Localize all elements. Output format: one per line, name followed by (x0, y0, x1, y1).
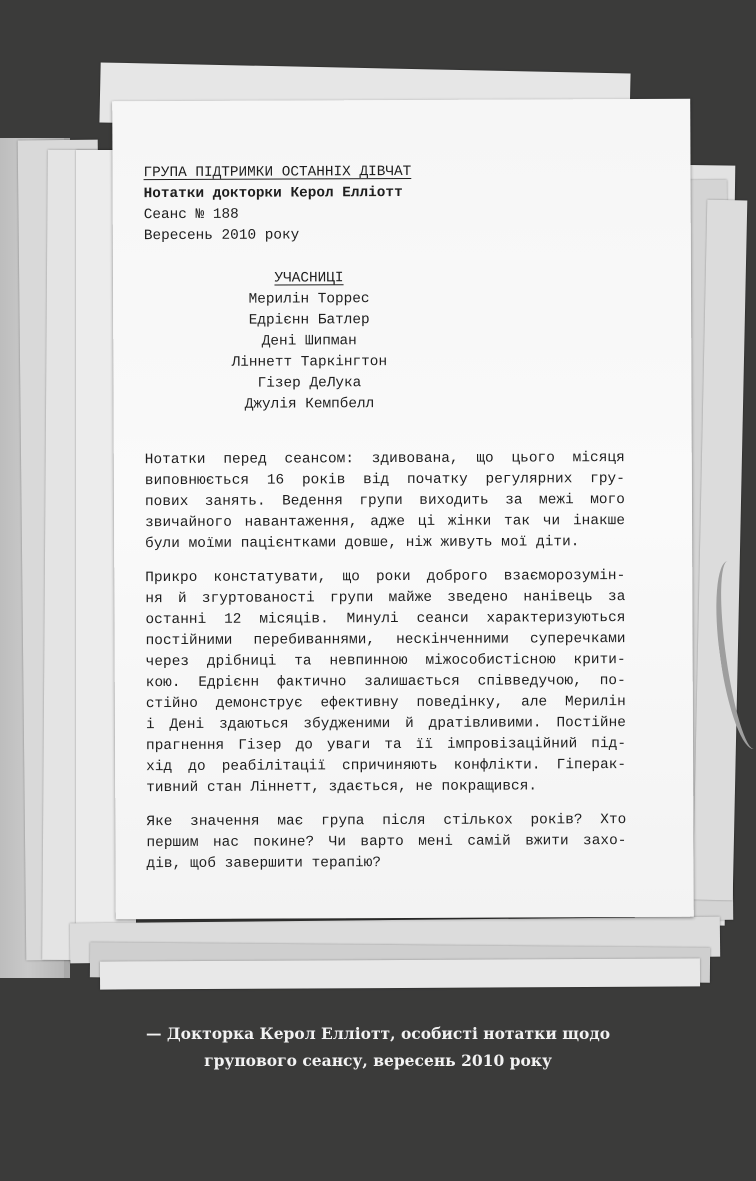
text-line: виповнюється 16 років від початку регуля… (145, 469, 625, 492)
text-line: Яке значення має група після стількох ро… (146, 810, 626, 833)
participant-name: Едрієнн Батлер (144, 310, 474, 332)
paper-sheet (100, 958, 700, 989)
note-paragraph: Нотатки перед сеансом: здивована, що цьо… (145, 448, 625, 555)
note-paragraph: Прикро констатувати, що роки доброго вза… (145, 566, 626, 799)
participant-name: Мерилін Торрес (144, 289, 474, 311)
text-line: першим нас покине? Чи варто мені самій в… (146, 831, 626, 854)
text-line: пових занять. Ведення групи виходить за … (145, 490, 625, 513)
attribution-caption: — Докторка Керол Елліотт, особисті нотат… (0, 1020, 756, 1074)
text-line: хід до реабілітації спричиняють конфлікт… (146, 755, 626, 778)
text-line: останні 12 місяців. Минулі сеанси характ… (145, 608, 625, 631)
text-line: постійними перебиваннями, нескінченними … (146, 629, 626, 652)
note-header: ГРУПА ПІДТРИМКИ ОСТАННІХ ДІВЧАТ Нотатки … (143, 161, 623, 247)
caption-line: групового сеансу, вересень 2010 року (0, 1047, 756, 1074)
note-paragraph: Яке значення має група після стількох ро… (146, 810, 626, 875)
participant-name: Дені Шипман (144, 331, 474, 353)
participant-name: Ліннетт Таркінгтон (144, 352, 474, 374)
participants-list: УЧАСНИЦІ Мерилін Торрес Едрієнн Батлер Д… (144, 268, 475, 416)
note-content: ГРУПА ПІДТРИМКИ ОСТАННІХ ДІВЧАТ Нотатки … (143, 161, 626, 875)
text-line: прагнення Гізер до уваги та її імпровіза… (146, 734, 626, 757)
participants-heading: УЧАСНИЦІ (144, 268, 474, 290)
text-line: тивний стан Ліннетт, здається, не покращ… (146, 776, 626, 799)
text-line: і Дені здаються збудженими й дратівливим… (146, 713, 626, 736)
group-title: ГРУПА ПІДТРИМКИ ОСТАННІХ ДІВЧАТ (143, 161, 623, 184)
participant-name: Гізер ДеЛука (144, 373, 474, 395)
session-date: Вересень 2010 року (144, 224, 624, 247)
text-line: кою. Едрієнн фактично залишається співве… (146, 671, 626, 694)
session-number: Сеанс № 188 (144, 203, 624, 226)
text-line: Прикро констатувати, що роки доброго вза… (145, 566, 625, 589)
text-line: Нотатки перед сеансом: здивована, що цьо… (145, 448, 625, 471)
participant-name: Джулія Кемпбелл (145, 394, 475, 416)
caption-line: — Докторка Керол Елліотт, особисті нотат… (0, 1020, 756, 1047)
text-line: стійно демонструє ефективну поведінку, а… (146, 692, 626, 715)
text-line: через дрібниці та невпинною міжособистіс… (146, 650, 626, 673)
text-line: дів, щоб завершити терапію? (147, 852, 627, 875)
text-line: були моїми пацієнтками довше, ніж живуть… (145, 532, 625, 555)
text-line: ня й згуртованості групи майже зведено н… (145, 587, 625, 610)
typewritten-note: ГРУПА ПІДТРИМКИ ОСТАННІХ ДІВЧАТ Нотатки … (112, 99, 694, 920)
author-line: Нотатки докторки Керол Елліотт (144, 182, 624, 205)
text-line: звичайного навантаження, адже ці жінки т… (145, 511, 625, 534)
